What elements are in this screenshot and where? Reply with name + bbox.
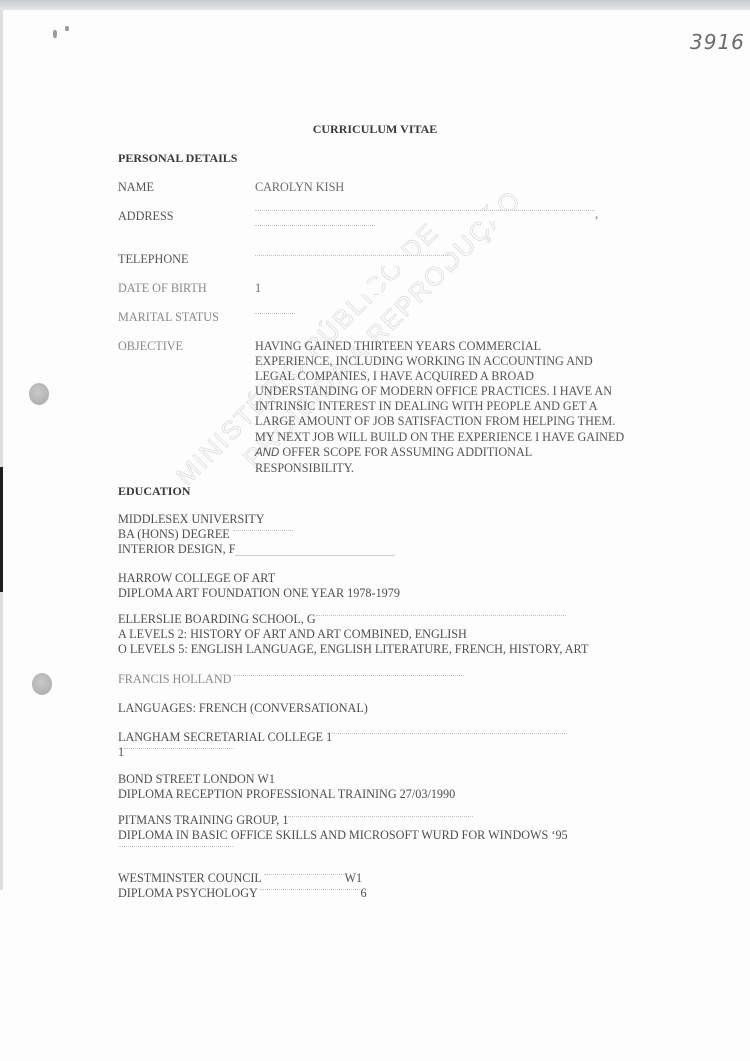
redaction-box <box>255 225 375 236</box>
education-entry-francis-holland: FRANCIS HOLLAND <box>118 672 464 687</box>
address-label: ADDRESS <box>118 209 174 224</box>
telephone-value-redacted <box>255 252 450 267</box>
education-entry-pitmans: PITMANS TRAINING GROUP, 1 DIPLOMA IN BAS… <box>118 813 568 859</box>
redaction-box <box>255 313 295 324</box>
education-entry-harrow: HARROW COLLEGE OF ART DIPLOMA ART FOUNDA… <box>118 571 400 601</box>
redaction-box <box>124 748 234 759</box>
education-entry-langham: LANGHAM SECRETARIAL COLLEGE 1 1 <box>118 730 567 760</box>
document-title: CURRICULUM VITAE <box>0 122 750 137</box>
languages-line: LANGUAGES: FRENCH (CONVERSATIONAL) <box>118 701 368 716</box>
objective-text: HAVING GAINED THIRTEEN YEARS COMMERCIAL … <box>255 339 635 476</box>
education-entry-bond-street: BOND STREET LONDON W1 DIPLOMA RECEPTION … <box>118 772 455 802</box>
redaction-box <box>332 733 567 744</box>
redaction-box <box>316 615 566 626</box>
redaction-box <box>233 530 293 541</box>
objective-label: OBJECTIVE <box>118 339 183 354</box>
education-entry-ellerslie: ELLERSLIE BOARDING SCHOOL, G A LEVELS 2:… <box>118 612 588 658</box>
date-of-birth-label: DATE OF BIRTH <box>118 281 207 296</box>
redaction-box <box>261 284 381 294</box>
redaction-box <box>235 545 395 556</box>
name-label: NAME <box>118 180 154 195</box>
marital-status-label: MARITAL STATUS <box>118 310 219 325</box>
redaction-box <box>288 816 473 827</box>
cv-document: CURRICULUM VITAE PERSONAL DETAILS NAME C… <box>0 0 750 1061</box>
education-entry-middlesex: MIDDLESEX UNIVERSITY BA (HONS) DEGREE IN… <box>118 512 395 558</box>
redaction-box <box>260 889 360 900</box>
education-entry-westminster: WESTMINSTER COUNCIL W1 DIPLOMA PSYCHOLOG… <box>118 871 367 901</box>
address-value-redacted: , <box>255 207 598 237</box>
education-heading: EDUCATION <box>118 484 190 499</box>
redaction-box <box>255 255 450 266</box>
name-value: CAROLYN KISH <box>255 180 344 195</box>
redaction-box <box>234 675 464 686</box>
date-of-birth-value-redacted: 1 <box>255 281 381 296</box>
personal-details-heading: PERSONAL DETAILS <box>118 151 237 166</box>
telephone-label: TELEPHONE <box>118 252 188 267</box>
redaction-box <box>264 874 344 885</box>
redaction-box <box>118 846 233 857</box>
redaction-box <box>255 210 595 221</box>
marital-status-value-redacted <box>255 310 295 325</box>
